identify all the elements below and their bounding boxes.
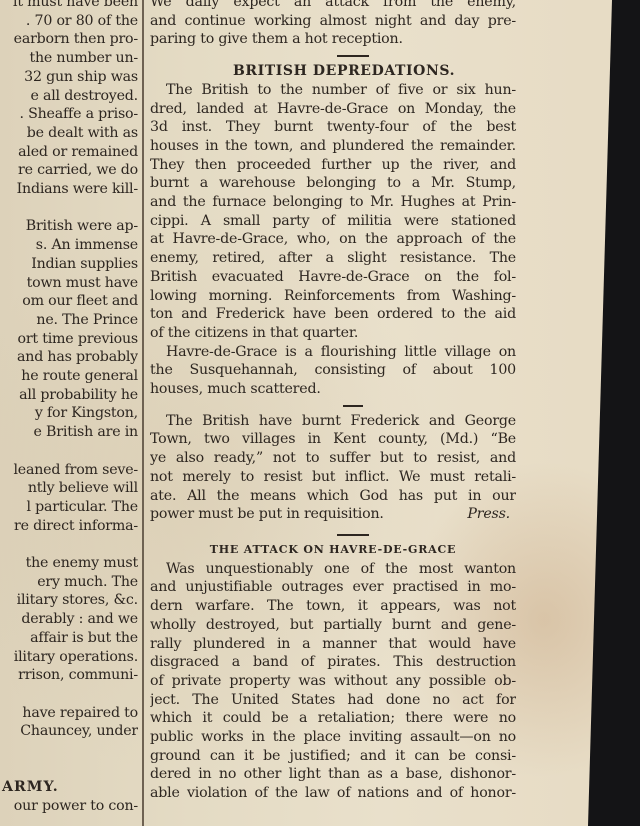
article1-paragraph2: Havre-de-Grace is a flourishing little v…: [150, 343, 516, 399]
article2-last-line: power must be put in requisition. Press.: [150, 505, 516, 524]
text-line: The British have burnt Frederick and Geo…: [150, 412, 516, 431]
text-line: 3d inst. They burnt twenty-four of the b…: [150, 118, 516, 137]
text-line: disgraced a band of pirates. This destru…: [150, 653, 516, 672]
text-line: at Havre-de-Grace, who, on the approach …: [150, 230, 516, 249]
text-line: They then proceeded further up the river…: [150, 156, 516, 175]
text-line: cippi. A small party of militia were sta…: [150, 212, 516, 231]
left-column: lt must have been. 70 or 80 of theearbor…: [0, 0, 138, 816]
left-column-last-line: our power to con-: [0, 797, 138, 816]
article2-last-text: power must be put in requisition.: [150, 506, 384, 522]
text-line: affair is but the: [0, 629, 138, 648]
text-line: lt must have been: [0, 0, 138, 12]
column-rule: [142, 0, 144, 826]
text-line: houses, much scattered.: [150, 380, 516, 399]
text-line: e all destroyed.: [0, 87, 138, 106]
text-line: ilitary stores, &c.: [0, 591, 138, 610]
text-line: ye also ready,” not to suffer but to res…: [150, 449, 516, 468]
text-line: the enemy must: [0, 554, 138, 573]
text-line: ground can it be justified; and it can b…: [150, 747, 516, 766]
text-line: We daily expect an attack from the enemy…: [150, 0, 516, 12]
text-line: Indian supplies: [0, 255, 138, 274]
text-line: e British are in: [0, 423, 138, 442]
text-line: leaned from seve-: [0, 461, 138, 480]
text-line: which it could be a retaliation; there w…: [150, 709, 516, 728]
text-line: Town, two villages in Kent county, (Md.)…: [150, 430, 516, 449]
text-line: British were ap-: [0, 217, 138, 236]
text-line: rally plundered in a manner that would h…: [150, 635, 516, 654]
article2-paragraph: The British have burnt Frederick and Geo…: [150, 412, 516, 506]
text-line: lowing morning. Reinforcements from Wash…: [150, 287, 516, 306]
text-line: ne. The Prince: [0, 311, 138, 330]
text-line: . 70 or 80 of the: [0, 12, 138, 31]
text-line: ject. The United States had done no act …: [150, 691, 516, 710]
text-line: Havre-de-Grace is a flourishing little v…: [150, 343, 516, 362]
text-line: ntly believe will: [0, 479, 138, 498]
text-line: the number un-: [0, 49, 138, 68]
text-line: [0, 199, 138, 218]
army-heading: ARMY.: [0, 778, 138, 797]
text-line: ate. All the means which God has put in …: [150, 487, 516, 506]
text-line: The British to the number of five or six…: [150, 81, 516, 100]
intro-paragraph: We daily expect an attack from the enemy…: [150, 0, 516, 49]
text-line: town must have: [0, 274, 138, 293]
text-line: [0, 685, 138, 704]
article-heading-british-depredations: BRITISH DEPREDATIONS.: [150, 62, 516, 81]
article2-signature: Press.: [467, 505, 510, 524]
article3-paragraph: Was unquestionably one of the most wanto…: [150, 560, 516, 803]
text-line: and unjustifiable outrages ever practise…: [150, 578, 516, 597]
separator-rule: [337, 534, 369, 536]
text-line: public works in the place inviting assau…: [150, 728, 516, 747]
main-column: We daily expect an attack from the enemy…: [150, 0, 516, 803]
text-line: burnt a warehouse belonging to a Mr. Stu…: [150, 174, 516, 193]
text-line: of private property was without any poss…: [150, 672, 516, 691]
text-line: Was unquestionably one of the most wanto…: [150, 560, 516, 579]
text-line: . Sheaffe a priso-: [0, 105, 138, 124]
text-line: rrison, communi-: [0, 666, 138, 685]
text-line: enemy, retired, after a slight resistanc…: [150, 249, 516, 268]
text-line: the Susquehannah, consisting of about 10…: [150, 361, 516, 380]
text-line: able violation of the law of nations and…: [150, 784, 516, 803]
text-line: 32 gun ship was: [0, 68, 138, 87]
text-line: and continue working almost night and da…: [150, 12, 516, 31]
text-line: and the furnace belonging to Mr. Hughes …: [150, 193, 516, 212]
text-line: he route general: [0, 367, 138, 386]
text-line: re direct informa-: [0, 517, 138, 536]
text-line: Chauncey, under: [0, 722, 138, 741]
text-line: houses in the town, and plundered the re…: [150, 137, 516, 156]
text-line: dern warfare. The town, it appears, was …: [150, 597, 516, 616]
text-line: l particular. The: [0, 498, 138, 517]
text-line: ilitary operations.: [0, 648, 138, 667]
text-line: be dealt with as: [0, 124, 138, 143]
left-column-lines: lt must have been. 70 or 80 of theearbor…: [0, 0, 138, 778]
text-line: not merely to resist but inflict. We mus…: [150, 468, 516, 487]
article-heading-attack-havre-de-grace: THE ATTACK ON HAVRE-DE-GRACE: [150, 541, 516, 560]
article1-paragraph1: The British to the number of five or six…: [150, 81, 516, 343]
text-line: earborn then pro-: [0, 30, 138, 49]
text-line: om our fleet and: [0, 292, 138, 311]
text-line: and has probably: [0, 348, 138, 367]
text-line: paring to give them a hot reception.: [150, 30, 516, 49]
text-line: [0, 760, 138, 779]
text-line: ton and Frederick have been ordered to t…: [150, 305, 516, 324]
text-line: ery much. The: [0, 573, 138, 592]
text-line: [0, 442, 138, 461]
text-line: dered in no other light than as a base, …: [150, 765, 516, 784]
text-line: re carried, we do: [0, 161, 138, 180]
text-line: wholly destroyed, but partially burnt an…: [150, 616, 516, 635]
text-line: dred, landed at Havre-de-Grace on Monday…: [150, 100, 516, 119]
text-line: [0, 535, 138, 554]
text-line: all probability he: [0, 386, 138, 405]
text-line: aled or remained: [0, 143, 138, 162]
text-line: s. An immense: [0, 236, 138, 255]
text-line: of the citizens in that quarter.: [150, 324, 516, 343]
text-line: British evacuated Havre-de-Grace on the …: [150, 268, 516, 287]
separator-rule: [343, 405, 363, 407]
text-line: ort time previous: [0, 330, 138, 349]
text-line: have repaired to: [0, 704, 138, 723]
separator-rule: [337, 55, 369, 57]
text-line: [0, 741, 138, 760]
text-line: Indians were kill-: [0, 180, 138, 199]
text-line: y for Kingston,: [0, 404, 138, 423]
text-line: derably : and we: [0, 610, 138, 629]
